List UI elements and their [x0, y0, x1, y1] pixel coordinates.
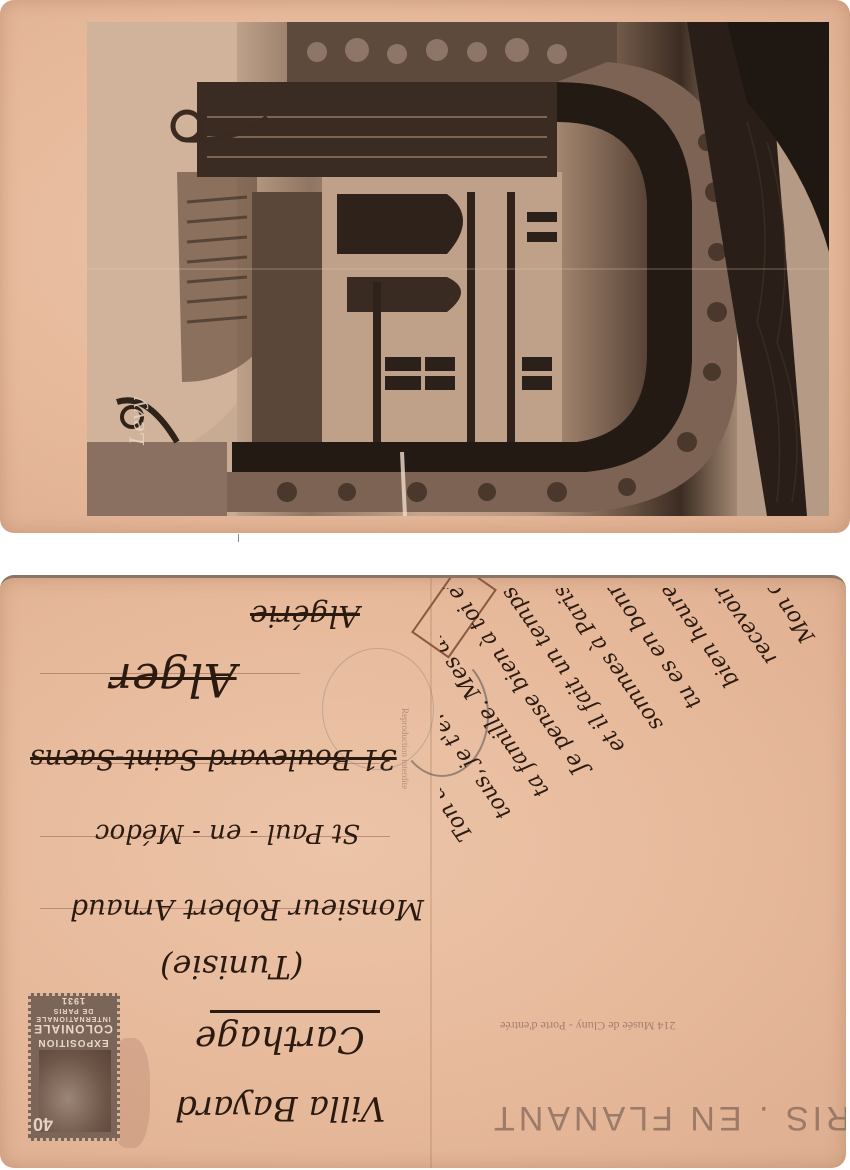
stamp-text: 1931	[33, 996, 113, 1006]
postage-stamp: 40 EXPOSITION COLONIALE INTERNATIONALE D…	[28, 993, 120, 1141]
forwarding-country: (Tunisie)	[160, 948, 303, 986]
archway-photograph	[87, 22, 829, 516]
archway-illustration	[87, 22, 829, 516]
handwritten-message: Mon cher Robert, je viens derecevoir ta …	[440, 588, 830, 1148]
scan-tick-mark	[238, 534, 239, 542]
postcard-front: Levy	[0, 0, 850, 533]
forwarding-city: Carthage	[195, 1018, 365, 1059]
printed-side-note: Reproduction interdite	[400, 708, 410, 789]
address-city-struck: Alger	[110, 653, 237, 707]
address-locality: St Paul - en - Médoc	[95, 818, 360, 848]
forwarding-underline	[210, 1010, 380, 1013]
photographer-signature: Levy	[125, 397, 149, 445]
stamp-text: COLONIALE	[33, 1022, 113, 1036]
stamp-text: EXPOSITION	[33, 1037, 113, 1048]
stamp-value: 40	[33, 1113, 53, 1134]
stamp-text: DE PARIS	[33, 1007, 113, 1014]
stamp-text: INTERNATIONALE	[33, 1015, 113, 1022]
address-country-struck: Algérie	[250, 598, 360, 633]
address-recipient: Monsieur Robert Arnaud	[70, 893, 424, 926]
forwarding-villa: Villa Bayard	[175, 1088, 385, 1128]
postcard-back: Algérie Alger 31 Boulevard Saint-Saens S…	[0, 575, 846, 1168]
